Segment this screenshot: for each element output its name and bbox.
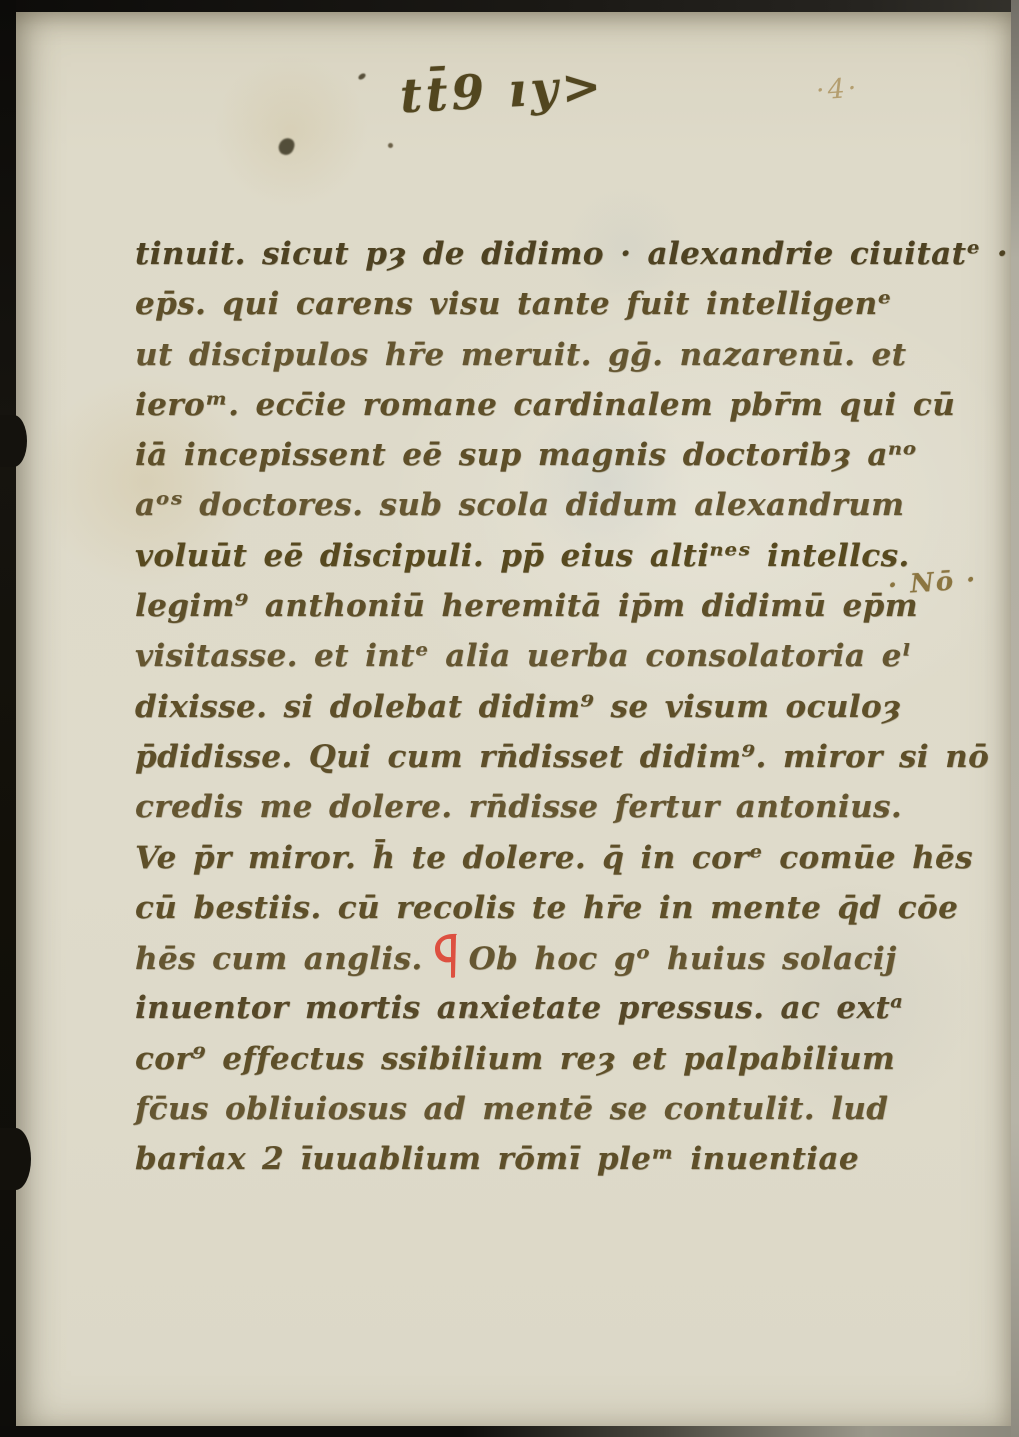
scan-edge-bottom	[0, 1426, 1019, 1437]
scan-edge-notch	[0, 415, 27, 467]
text-line: inuentor mortis anxietate pressus. ac ex…	[135, 983, 1005, 1033]
capitulum-icon	[433, 933, 460, 979]
folio-number: ·4·	[815, 73, 860, 107]
manuscript-page: tt̄9 ıy> ·4· · Nō · tinuit. sicut pȝ de …	[16, 12, 1011, 1426]
scan-edge-left	[0, 0, 16, 1437]
text-line: ep̄s. qui carens visu tante fuit intelli…	[135, 279, 1005, 329]
text-line: cū bestiis. cū recolis te hr̄e in mente …	[135, 883, 1005, 933]
text-line: p̄didisse. Qui cum rn̄disset didim⁹. mir…	[135, 732, 1005, 782]
text-line: voluūt eē discipuli. pp̄ eius altiⁿᵉˢ in…	[135, 531, 1005, 581]
text-line: legim⁹ anthoniū heremitā ip̄m didimū ep̄…	[135, 581, 1005, 631]
quire-mark: tt̄9 ıy>	[399, 59, 607, 125]
text-line: tinuit. sicut pȝ de didimo · alexandrie …	[135, 229, 1005, 279]
text-line: iā incepissent eē sup magnis doctoribȝ a…	[135, 430, 1005, 480]
text-line: aᵒˢ doctores. sub scola didum alexandrum	[135, 480, 1005, 530]
ink-speck	[357, 72, 366, 81]
scan-edge-notch	[0, 1128, 31, 1190]
text-line: ut discipulos hr̄e meruit. gḡ. nazarenū.…	[135, 330, 1005, 380]
text-line: Ve p̄r miror. h̄ te dolere. q̄ in corᵉ c…	[135, 833, 1005, 883]
text-block: tinuit. sicut pȝ de didimo · alexandrie …	[135, 229, 1005, 1185]
ink-blot-stain	[277, 136, 297, 157]
ink-speck	[388, 143, 393, 148]
text-line: credis me dolere. rn̄disse fertur antoni…	[135, 782, 1005, 832]
text-line: visitasse. et intᵉ alia uerba consolator…	[135, 631, 1005, 681]
text-line: fc̄us obliuiosus ad mentē se contulit. l…	[135, 1084, 1005, 1134]
text-line-with-capitulum: hēs cum anglis.Ob hoc gᵒ huius solacij	[135, 933, 1005, 983]
scan-edge-right	[1011, 0, 1019, 1437]
text-line: ieroᵐ. ecc̄ie romane cardinalem pbr̄m qu…	[135, 380, 1005, 430]
text-segment: hēs cum anglis.	[135, 941, 423, 977]
scan-edge-top	[0, 0, 1019, 12]
text-segment: Ob hoc gᵒ huius solacij	[469, 941, 897, 977]
text-line: bariax 2 īuuablium rōmī pleᵐ inuentiae	[135, 1134, 1005, 1184]
text-line: cor⁹ effectus ssibilium reȝ et palpabili…	[135, 1034, 1005, 1084]
text-line: dixisse. si dolebat didim⁹ se visum ocul…	[135, 682, 1005, 732]
